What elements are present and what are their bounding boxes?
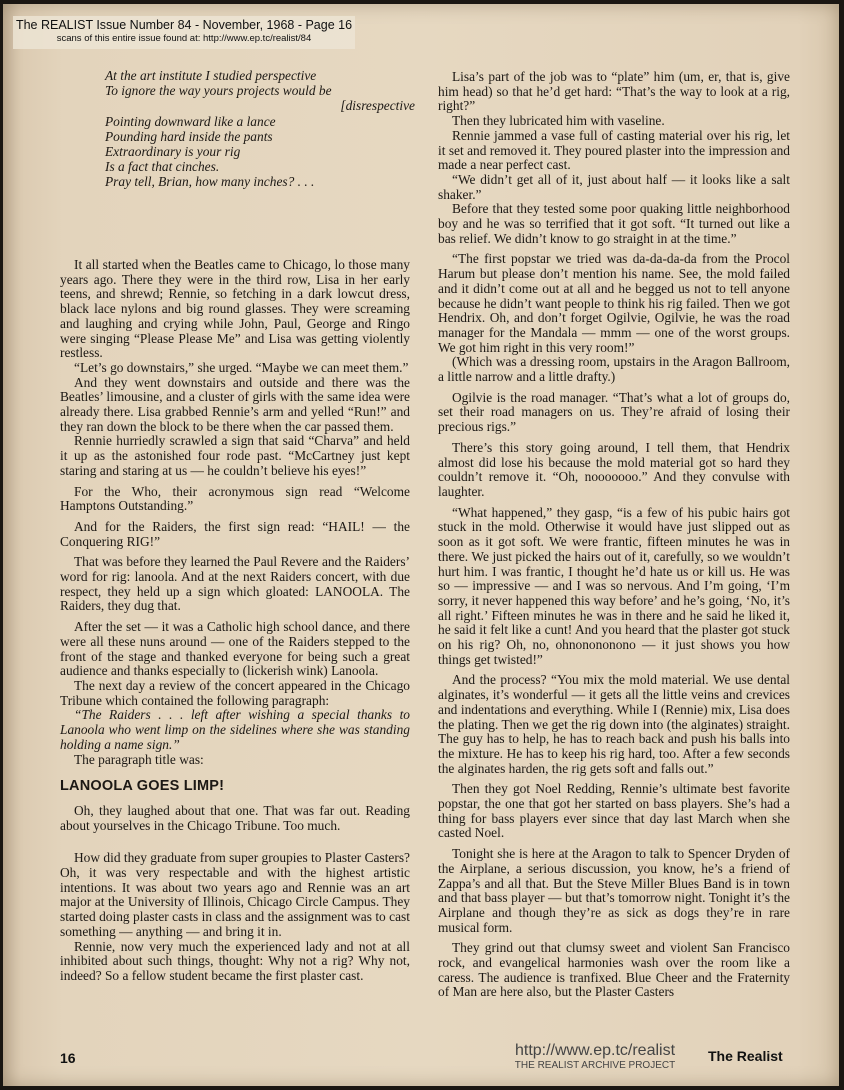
page-number: 16 (60, 1050, 76, 1066)
paragraph: There’s this story going around, I tell … (438, 441, 790, 500)
poem-line: Pounding hard inside the pants (105, 129, 415, 144)
poem: At the art institute I studied perspecti… (105, 68, 415, 190)
archive-subtitle: scans of this entire issue found at: htt… (13, 33, 355, 45)
paragraph: Rennie, now very much the experienced la… (60, 940, 410, 984)
archive-url[interactable]: http://www.ep.tc/realist (505, 1042, 685, 1060)
paragraph: Rennie jammed a vase full of casting mat… (438, 129, 790, 173)
masthead: The Realist (708, 1048, 783, 1064)
right-column: Lisa’s part of the job was to “plate” hi… (438, 70, 790, 1000)
poem-line: [disrespective (105, 98, 415, 113)
poem-line: Is a fact that cinches. (105, 159, 415, 174)
paragraph: And the process? “You mix the mold mater… (438, 673, 790, 776)
archive-title: The REALIST Issue Number 84 - November, … (13, 16, 355, 33)
paragraph: Before that they tested some poor quakin… (438, 202, 790, 246)
paragraph: Tonight she is here at the Aragon to tal… (438, 847, 790, 935)
paragraph: “Let’s go downstairs,” she urged. “Maybe… (60, 361, 410, 376)
paragraph: Then they lubricated him with vaseline. (438, 114, 790, 129)
paragraph: “The first popstar we tried was da-da-da… (438, 252, 790, 355)
paragraph: Ogilvie is the road manager. “That’s wha… (438, 391, 790, 435)
archive-footer: http://www.ep.tc/realist THE REALIST ARC… (505, 1042, 685, 1072)
poem-line: Pray tell, Brian, how many inches? . . . (105, 174, 415, 189)
headline: LANOOLA GOES LIMP! (60, 779, 410, 794)
paragraph: The next day a review of the concert app… (60, 679, 410, 708)
paragraph: It all started when the Beatles came to … (60, 258, 410, 361)
poem-line: To ignore the way yours projects would b… (105, 83, 415, 98)
paragraph: Lisa’s part of the job was to “plate” hi… (438, 70, 790, 114)
paragraph: Rennie hurriedly scrawled a sign that sa… (60, 434, 410, 478)
paragraph: For the Who, their acronymous sign read … (60, 485, 410, 514)
archive-name: THE REALIST ARCHIVE PROJECT (505, 1060, 685, 1072)
paragraph: And for the Raiders, the first sign read… (60, 520, 410, 549)
paragraph: How did they graduate from super groupie… (60, 851, 410, 939)
archive-banner: The REALIST Issue Number 84 - November, … (13, 16, 355, 49)
paragraph: Oh, they laughed about that one. That wa… (60, 804, 410, 833)
paragraph: The paragraph title was: (60, 753, 410, 768)
paragraph: “We didn’t get all of it, just about hal… (438, 173, 790, 202)
paragraph: They grind out that clumsy sweet and vio… (438, 941, 790, 1000)
magazine-page: The REALIST Issue Number 84 - November, … (3, 4, 839, 1086)
paragraph: And they went downstairs and outside and… (60, 376, 410, 435)
paragraph: Then they got Noel Redding, Rennie’s ult… (438, 782, 790, 841)
paragraph: After the set — it was a Catholic high s… (60, 620, 410, 679)
paragraph: (Which was a dressing room, upstairs in … (438, 355, 790, 384)
poem-line: At the art institute I studied perspecti… (105, 68, 415, 83)
poem-line: Extraordinary is your rig (105, 144, 415, 159)
tribune-quote: “The Raiders . . . left after wishing a … (60, 708, 410, 752)
poem-line: Pointing downward like a lance (105, 114, 415, 129)
paragraph: “What happened,” they gasp, “is a few of… (438, 506, 790, 668)
paragraph: That was before they learned the Paul Re… (60, 555, 410, 614)
left-column: It all started when the Beatles came to … (60, 258, 410, 984)
